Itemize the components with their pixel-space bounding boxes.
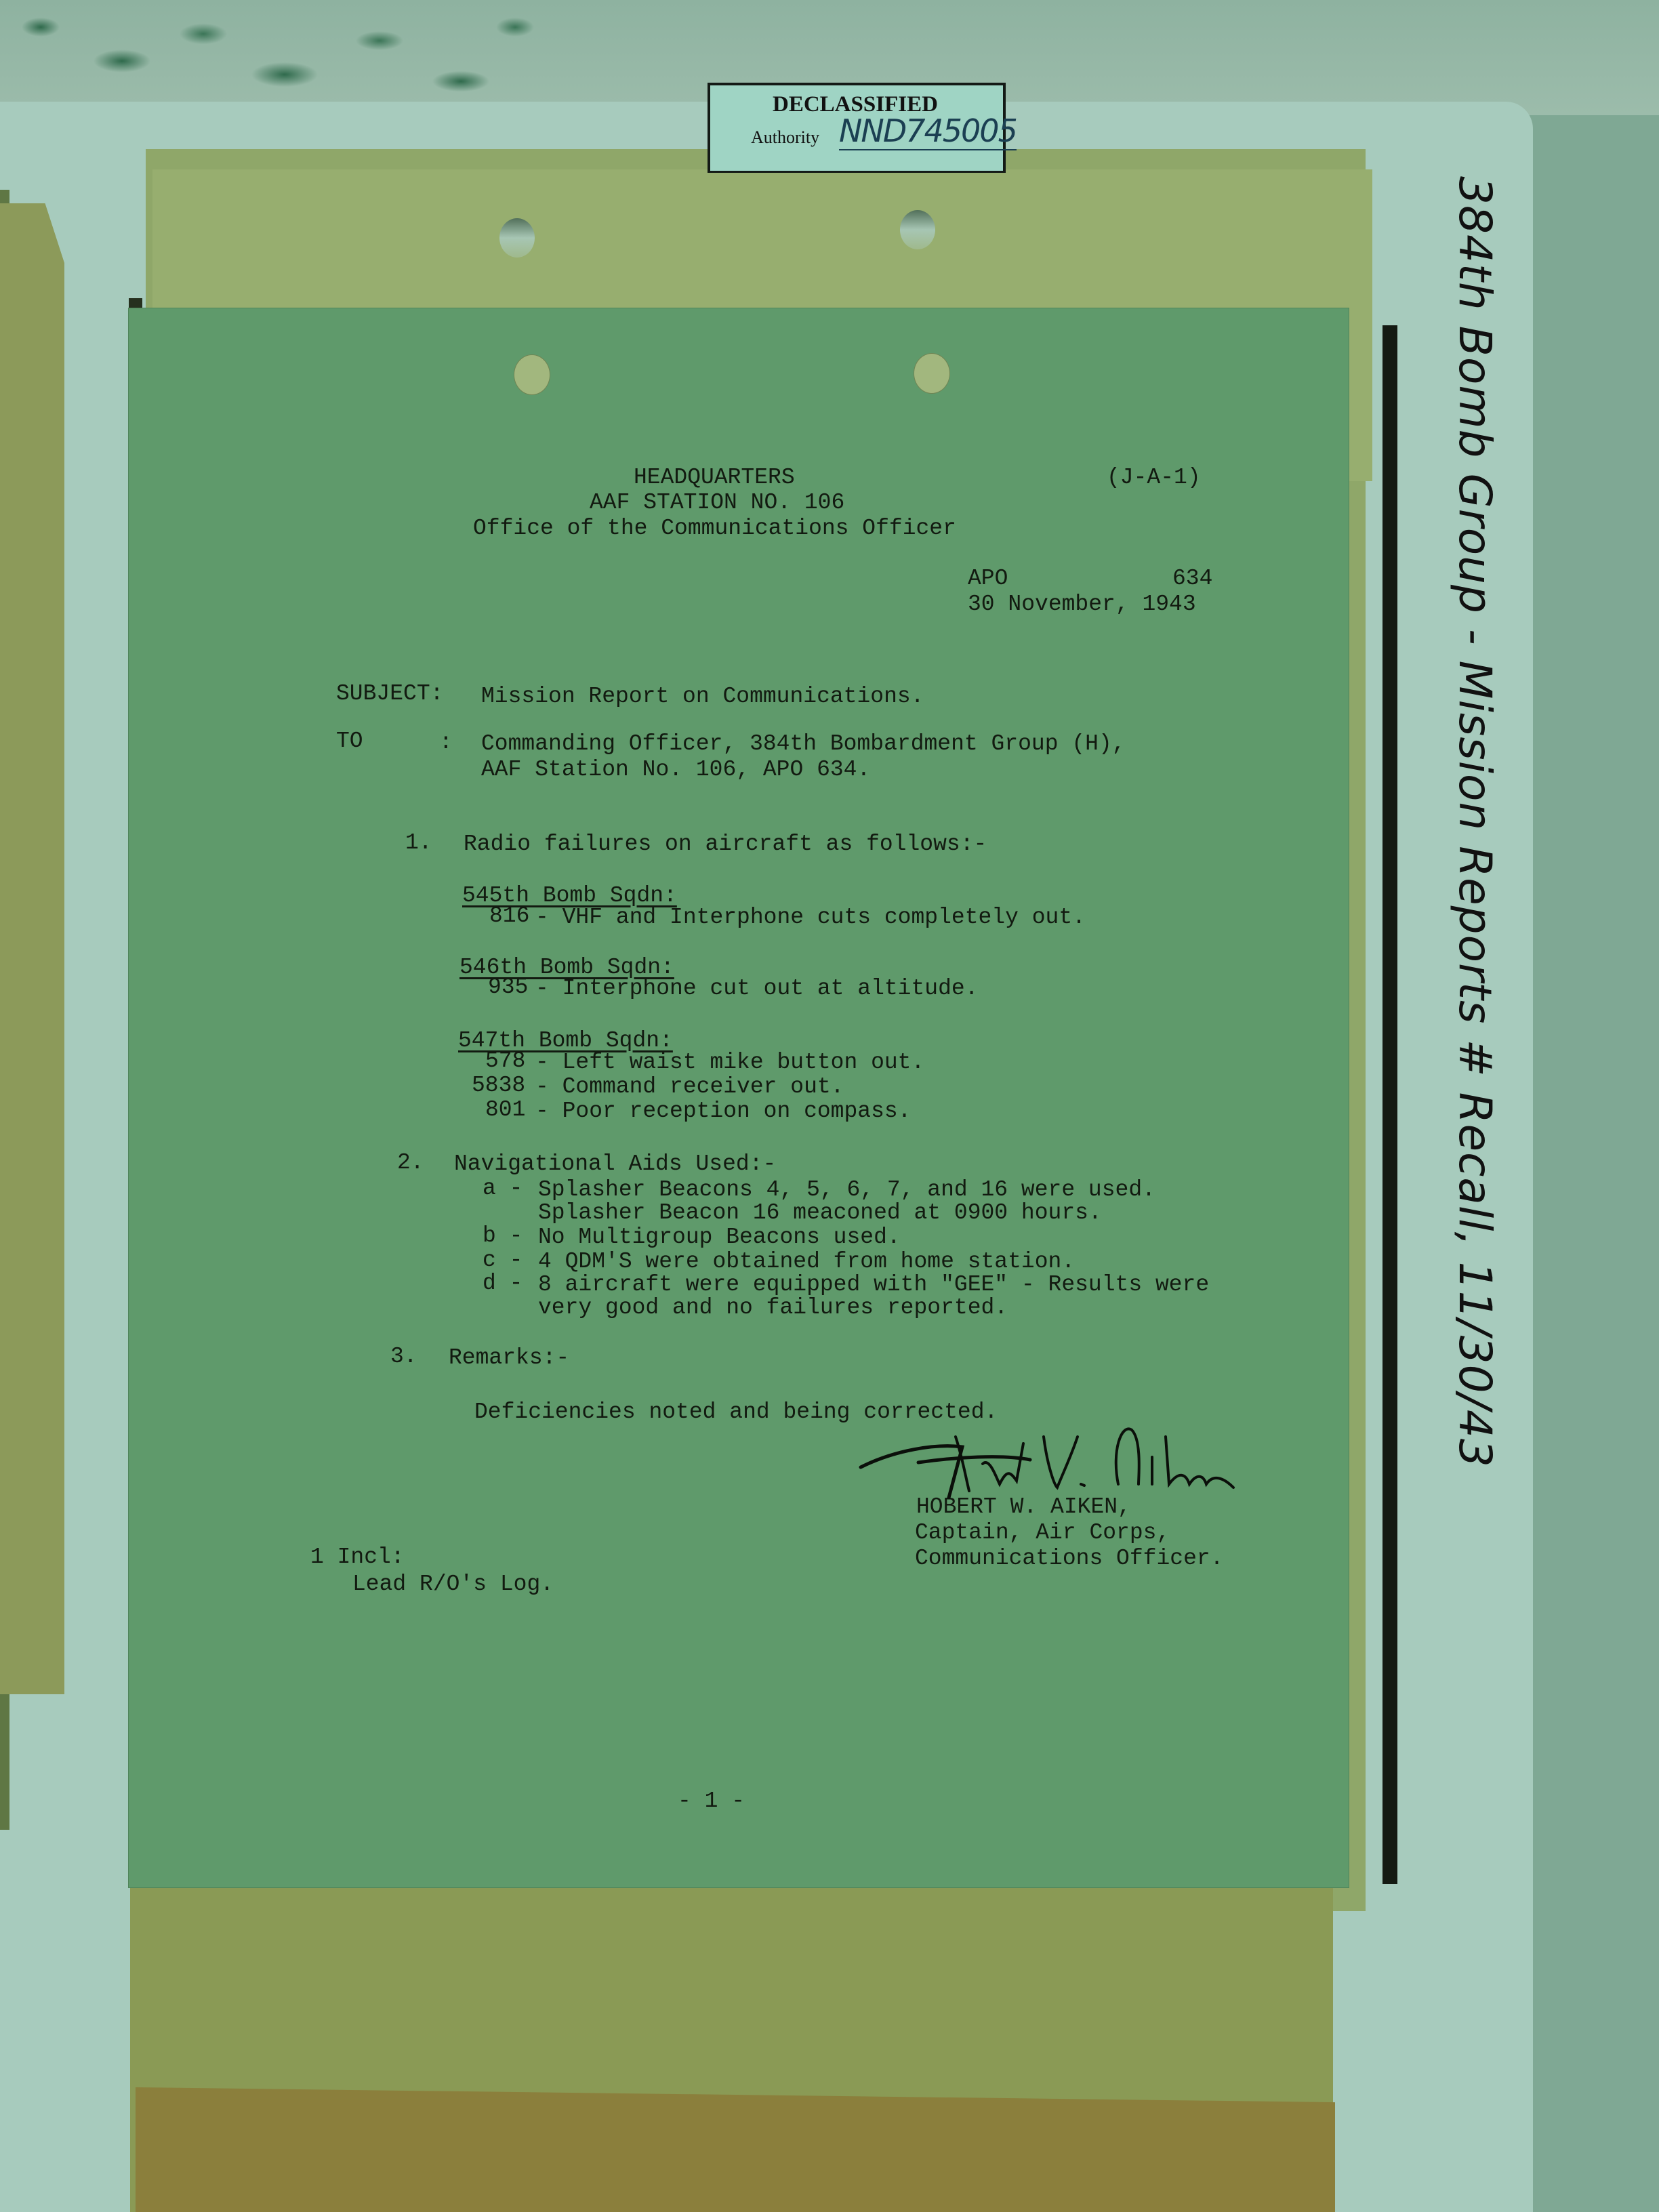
signer-title: Communications Officer. <box>915 1547 1223 1570</box>
letterhead-headquarters: HEADQUARTERS <box>634 466 795 489</box>
nav-aid-letter: a - <box>483 1177 523 1200</box>
kraft-backing-strip <box>136 2087 1335 2212</box>
to-line-2: AAF Station No. 106, APO 634. <box>481 758 870 781</box>
punch-hole <box>514 354 550 395</box>
letterhead-office: Office of the Communications Officer <box>473 517 956 539</box>
aircraft-number: 816 <box>489 905 529 927</box>
handwritten-folder-label: 384th Bomb Group - Mission Reports # Rec… <box>1449 176 1501 1468</box>
handwritten-signature <box>854 1410 1261 1511</box>
document-date: 30 November, 1943 <box>968 593 1196 615</box>
file-code: (J-A-1) <box>1107 466 1201 489</box>
declassified-stamp: DECLASSIFIED Authority NND745005 <box>708 83 1006 173</box>
letterhead-station: AAF STATION NO. 106 <box>590 491 844 514</box>
signer-rank: Captain, Air Corps, <box>915 1521 1170 1544</box>
nav-aid-text: Splasher Beacons 4, 5, 6, 7, and 16 were… <box>538 1179 1155 1201</box>
failure-description: - Left waist mike button out. <box>535 1051 924 1073</box>
aircraft-number: 5838 <box>472 1074 525 1097</box>
subject-label: SUBJECT: <box>336 682 443 705</box>
punch-hole <box>499 218 535 258</box>
nav-aid-text: No Multigroup Beacons used. <box>538 1226 901 1248</box>
nav-aid-letter: c - <box>483 1249 523 1271</box>
apo-number: 634 <box>1172 567 1212 590</box>
failure-description: - Interphone cut out at altitude. <box>535 977 979 1000</box>
nav-aid-letter: d - <box>483 1272 523 1294</box>
punch-hole <box>914 353 950 394</box>
adjacent-folder-tab <box>0 203 64 1694</box>
subject-value: Mission Report on Communications. <box>481 685 924 708</box>
stamp-authority-label: Authority <box>751 127 819 148</box>
failure-description: - Command receiver out. <box>535 1076 844 1098</box>
failure-description: - Poor reception on compass. <box>535 1100 912 1122</box>
section-3-heading: Remarks:- <box>449 1347 569 1369</box>
aircraft-number: 935 <box>488 976 528 998</box>
section-2-heading: Navigational Aids Used:- <box>454 1153 776 1175</box>
page-number: - 1 - <box>678 1790 745 1812</box>
stack-shadow-right <box>1382 325 1397 1884</box>
to-label: TO <box>336 730 363 752</box>
section-3-number: 3. <box>390 1345 417 1368</box>
failure-description: - VHF and Interphone cuts completely out… <box>535 906 1086 928</box>
nav-aid-text: very good and no failures reported. <box>538 1296 1008 1319</box>
apo-label: APO <box>968 567 1008 590</box>
stamp-authority-number: NND745005 <box>839 112 1017 150</box>
document-page: HEADQUARTERS AAF STATION NO. 106 Office … <box>129 308 1349 1887</box>
aircraft-number: 801 <box>485 1099 525 1121</box>
to-line-1: Commanding Officer, 384th Bombardment Gr… <box>481 733 1126 755</box>
section-1-heading: Radio failures on aircraft as follows:- <box>464 833 987 855</box>
punch-hole <box>900 210 935 249</box>
to-colon: : <box>439 731 453 754</box>
nav-aid-text: 4 QDM'S were obtained from home station. <box>538 1250 1075 1273</box>
enclosure-label: 1 Incl: <box>310 1546 405 1568</box>
nav-aid-text: Splasher Beacon 16 meaconed at 0900 hour… <box>538 1202 1102 1224</box>
nav-aid-letter: b - <box>483 1225 523 1247</box>
enclosure-item: Lead R/O's Log. <box>352 1573 554 1595</box>
section-1-number: 1. <box>405 832 432 854</box>
section-2-number: 2. <box>397 1151 424 1174</box>
nav-aid-text: 8 aircraft were equipped with "GEE" - Re… <box>538 1273 1209 1296</box>
aircraft-number: 578 <box>485 1050 525 1072</box>
